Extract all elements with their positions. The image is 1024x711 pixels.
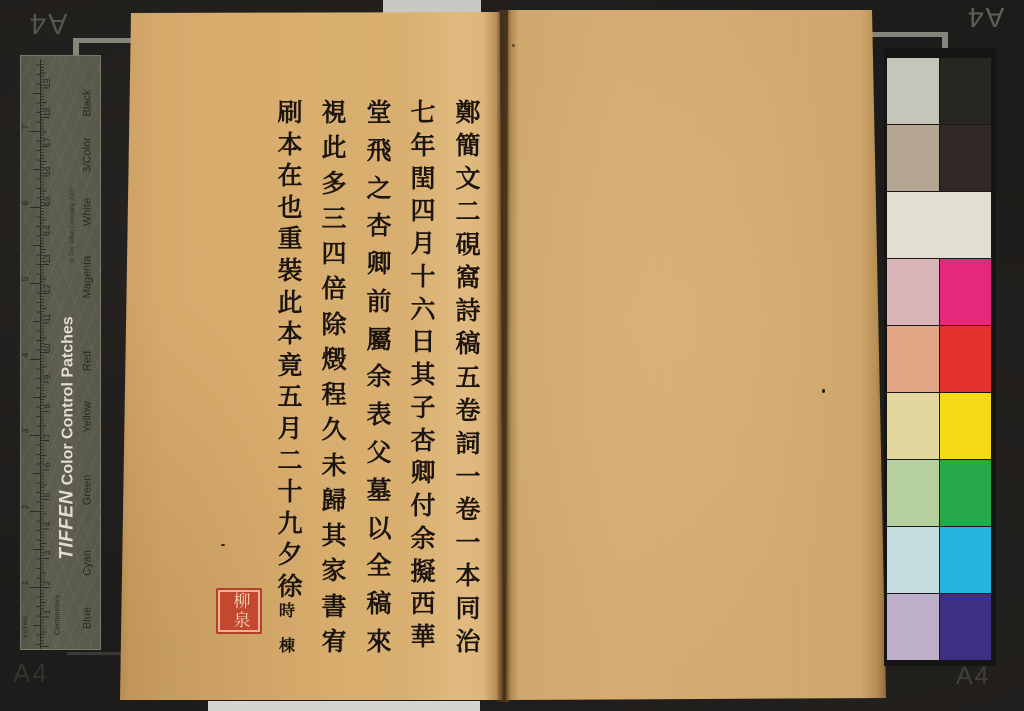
a4-marking-top-right: A4 [966,3,1004,31]
calligraphy-character: 年 [410,133,435,159]
ruler-inches-label: Inches [21,616,29,638]
tiffen-logo: TIFFEN [57,490,78,560]
inch-number: 3 [22,429,30,433]
ruler-centimeters-label: Centimeters [53,595,61,635]
calligraphy-character: 十 [410,264,435,290]
ruler-label-red: Red [83,351,94,371]
ruler-inch-ticks [30,59,40,650]
calligraphy-character: 夕 [277,542,302,568]
centimeter-number: 7 [44,433,52,437]
centimeter-number: 6 [44,463,52,467]
calligraphy-character: 除 [321,312,346,338]
inch-number: 7 [22,125,30,129]
tiffen-ruler: 12345678910111213141516171819 1234567 In… [20,55,101,650]
centimeter-number: 1 [44,610,52,614]
calligraphy-character: 七 [410,100,435,126]
book-right-page [500,8,888,702]
seal-text: 柳泉 [231,592,248,630]
calligraphy-character: 一 [455,530,480,556]
calligraphy-character: 二 [277,448,302,474]
calligraphy-character: 卷 [455,398,480,424]
ruler-label-3-color: 3/Color [83,137,94,172]
centimeter-number: 11 [44,314,52,322]
a4-marking-top-left: A4 [28,8,67,37]
book-left-page [118,11,503,702]
a4-marking-bottom-left: A4 [13,660,49,686]
calligraphy-character: 其 [321,523,346,549]
calligraphy-character: 五 [277,384,302,410]
calligraphy-character: 全 [366,553,391,579]
calligraphy-character: 余 [366,364,391,390]
centimeter-number: 14 [44,225,52,234]
calligraphy-character: 卿 [366,251,391,277]
calligraphy-character: 也 [277,195,302,221]
calligraphy-character: 本 [455,563,480,589]
calligraphy-character: 程 [321,382,346,408]
calligraphy-character: 家 [321,558,346,584]
calligraphy-character: 稿 [455,331,480,357]
centimeter-number: 19 [44,78,52,87]
text-column-4: 視此多三四倍除燬程久未歸其家書宥 [317,100,351,655]
calligraphy-character: 余 [410,526,435,552]
red-seal-stamp: 柳泉 [216,588,262,634]
calligraphy-character: 未 [321,453,346,479]
color-patch [940,460,992,526]
color-patch [887,527,939,593]
calligraphy-character: 二 [455,199,480,225]
ruler-label-black: Black [83,90,94,117]
color-patch [887,125,939,191]
guide-line-bottom-left [67,652,121,655]
ruler-product-name: Color Control Patches [60,316,77,485]
ruler-label-green: Green [83,475,94,506]
calligraphy-character: 文 [455,166,480,192]
calligraphy-character: 三 [321,206,346,232]
color-patch [887,594,939,660]
calligraphy-character: 詩 [455,298,480,324]
calligraphy-character: 來 [366,629,391,655]
calligraphy-character: 以 [366,516,391,542]
calligraphy-character: 治 [455,629,480,655]
centimeter-number: 3 [44,551,52,555]
calligraphy-character: 四 [410,198,435,224]
calligraphy-character: 本 [277,321,302,347]
color-patch-grid [887,58,991,660]
calligraphy-character: 屬 [366,327,391,353]
photo-scene: A4 A4 A4 A4 1234567891011121314151617181… [0,0,1024,711]
calligraphy-character: 一 [455,464,480,490]
calligraphy-character: 刷 [277,100,302,126]
calligraphy-character: 西 [410,591,435,617]
calligraphy-character: 窩 [455,265,480,291]
book-gutter [497,10,511,702]
calligraphy-character: 簡 [455,133,480,159]
calligraphy-character: 九 [277,511,302,537]
text-column-1: 鄭簡文二硯窩詩稿五卷詞一卷一本同治 [451,100,485,655]
calligraphy-character: 杏 [410,428,435,454]
calligraphy-character: 月 [410,231,435,257]
calligraphy-character: 閏 [410,166,435,192]
color-patch [887,58,939,124]
inch-number: 4 [22,353,30,357]
inch-number: 6 [22,201,30,205]
ink-speck [822,389,825,393]
calligraphy-character: 裝 [277,258,302,284]
inch-number: 5 [22,277,30,281]
calligraphy-character: 四 [321,241,346,267]
calligraphy-character: 詞 [455,431,480,457]
color-patch [940,326,992,392]
calligraphy-character: 華 [410,624,435,650]
centimeter-number: 16 [44,167,52,176]
centimeter-number: 18 [44,108,52,117]
calligraphy-character: 視 [321,100,346,126]
calligraphy-character: 時 [279,603,295,620]
calligraphy-character: 六 [410,297,435,323]
calligraphy-character: 燬 [321,347,346,373]
guide-line-top-left-horizontal [73,38,131,43]
text-column-5: 刷本在也重裝此本竟五月二十九夕徐 [273,100,307,600]
calligraphy-character: 在 [277,163,302,189]
calligraphy-character: 飛 [366,138,391,164]
backing-sheet-bottom [208,701,480,711]
calligraphy-character: 墓 [366,478,391,504]
calligraphy-character: 子 [410,395,435,421]
calligraphy-character: 父 [366,440,391,466]
calligraphy-character: 此 [277,290,302,316]
ruler-label-cyan: Cyan [83,550,94,576]
calligraphy-character: 表 [366,402,391,428]
calligraphy-character: 倍 [321,276,346,302]
text-column-2: 七年閏四月十六日其子杏卿付余擬西華 [406,100,440,650]
color-patch [887,192,991,258]
centimeter-number: 15 [44,196,52,205]
centimeter-number: 13 [44,255,52,264]
calligraphy-character: 前 [366,289,391,315]
calligraphy-character: 五 [455,365,480,391]
calligraphy-character: 杏 [366,213,391,239]
calligraphy-character: 宥 [321,629,346,655]
calligraphy-character: 歸 [321,488,346,514]
centimeter-number: 2 [44,580,52,584]
ruler-label-white: White [83,198,94,226]
inch-number: 1 [22,581,30,585]
calligraphy-character: 擬 [410,559,435,585]
backing-sheet-top [383,0,481,13]
ink-speck [221,544,225,546]
color-patch [940,259,992,325]
calligraphy-character: 之 [366,176,391,202]
ink-speck [512,44,515,47]
calligraphy-character: 同 [455,596,480,622]
calligraphy-character: 徐 [277,574,302,600]
ruler-copyright: © The Tiffen Company 2007 [70,188,76,263]
calligraphy-character: 鄭 [455,100,480,126]
calligraphy-character: 十 [277,479,302,505]
calligraphy-character: 其 [410,362,435,388]
ruler-centimeter-ticks [41,59,49,647]
calligraphy-character: 堂 [366,100,391,126]
ruler-label-blue: Blue [83,607,94,629]
a4-marking-bottom-right: A4 [956,664,991,689]
calligraphy-character: 多 [321,171,346,197]
calligraphy-character: 日 [410,329,435,355]
centimeter-number: 5 [44,492,52,496]
color-patch [940,58,992,124]
color-patch [887,393,939,459]
calligraphy-character: 付 [410,493,435,519]
ruler-title: TIFFENColor Control Patches [58,316,77,559]
color-patch [940,594,992,660]
ruler-label-magenta: Magenta [83,256,94,299]
centimeter-number: 12 [44,284,52,293]
ruler-label-yellow: Yellow [83,401,94,432]
color-patch [940,527,992,593]
calligraphy-character: 重 [277,226,302,252]
calligraphy-character: 硯 [455,232,480,258]
guide-line-top-left-vertical [73,38,79,56]
centimeter-number: 17 [44,137,52,146]
calligraphy-character: 本 [277,132,302,158]
calligraphy-character: 卿 [410,460,435,486]
calligraphy-character: 竟 [277,353,302,379]
color-patch [887,259,939,325]
centimeter-number: 10 [44,343,52,352]
centimeter-number: 8 [44,404,52,408]
calligraphy-character: 書 [321,594,346,620]
color-patch [887,460,939,526]
color-patch [940,393,992,459]
signature: 時棟 [270,603,304,655]
calligraphy-character: 卷 [455,497,480,523]
text-column-3: 堂飛之杏卿前屬余表父墓以全稿來 [362,100,396,655]
calligraphy-character: 月 [277,416,302,442]
calligraphy-character: 稿 [366,591,391,617]
guide-line-top-right-horizontal [872,32,948,37]
calligraphy-character: 此 [321,135,346,161]
calligraphy-character: 久 [321,417,346,443]
centimeter-number: 4 [44,522,52,526]
centimeter-number: 9 [44,375,52,379]
inch-number: 2 [22,505,30,509]
calligraphy-character: 棟 [279,638,295,655]
color-patch [887,326,939,392]
color-patch [940,125,992,191]
